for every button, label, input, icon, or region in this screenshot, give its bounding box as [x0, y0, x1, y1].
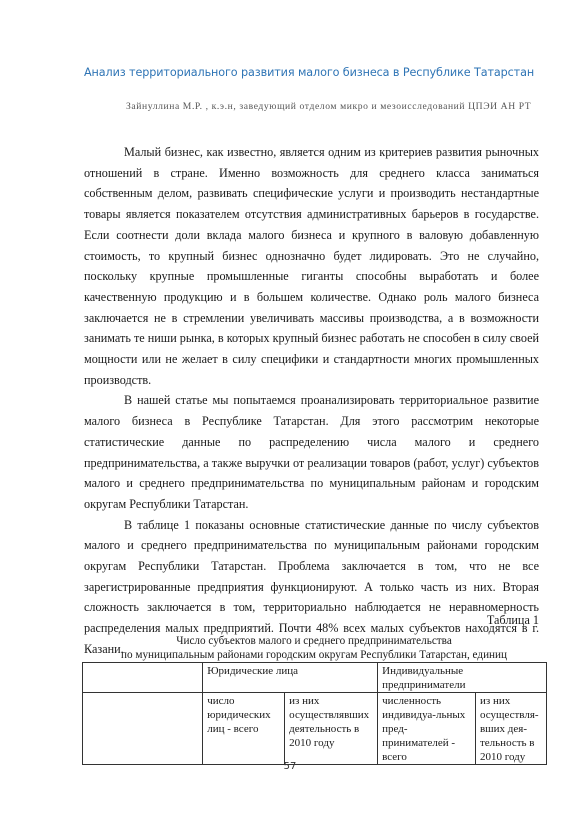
article-title: Анализ территориального развития малого … [84, 66, 534, 79]
table-header-cell: из них осуществлявших деятельность в 201… [285, 693, 378, 765]
paragraph: В нашей статье мы попытаемся проанализир… [84, 390, 539, 514]
table-subheader-row: число юридических лиц - всего из них осу… [83, 693, 547, 765]
table-header-cell [83, 693, 203, 765]
author-line: Зайнуллина М.Р. , к.э.н, заведующий отде… [126, 101, 531, 112]
table-header-cell: Индивидуальные предприниматели [378, 663, 547, 693]
table-caption-line: Число субъектов малого и среднего предпр… [82, 634, 546, 648]
data-table: Юридические лица Индивидуальные предприн… [82, 662, 547, 765]
paragraph: Малый бизнес, как известно, является одн… [84, 142, 539, 390]
table-caption-line: по муниципальным районами городским окру… [82, 648, 546, 662]
table-caption: Число субъектов малого и среднего предпр… [82, 634, 546, 662]
table-header-cell: Юридические лица [203, 663, 378, 693]
table-header-cell: из них осуществля-вших дея-тельность в 2… [475, 693, 546, 765]
table-header-cell [83, 663, 203, 693]
article-body: Малый бизнес, как известно, является одн… [84, 142, 539, 660]
page-number: 57 [0, 761, 580, 772]
table-header-row: Юридические лица Индивидуальные предприн… [83, 663, 547, 693]
table-header-cell: численность индивидуа-льных пред-принима… [378, 693, 476, 765]
table-label: Таблица 1 [487, 613, 539, 628]
table-header-cell: число юридических лиц - всего [203, 693, 285, 765]
